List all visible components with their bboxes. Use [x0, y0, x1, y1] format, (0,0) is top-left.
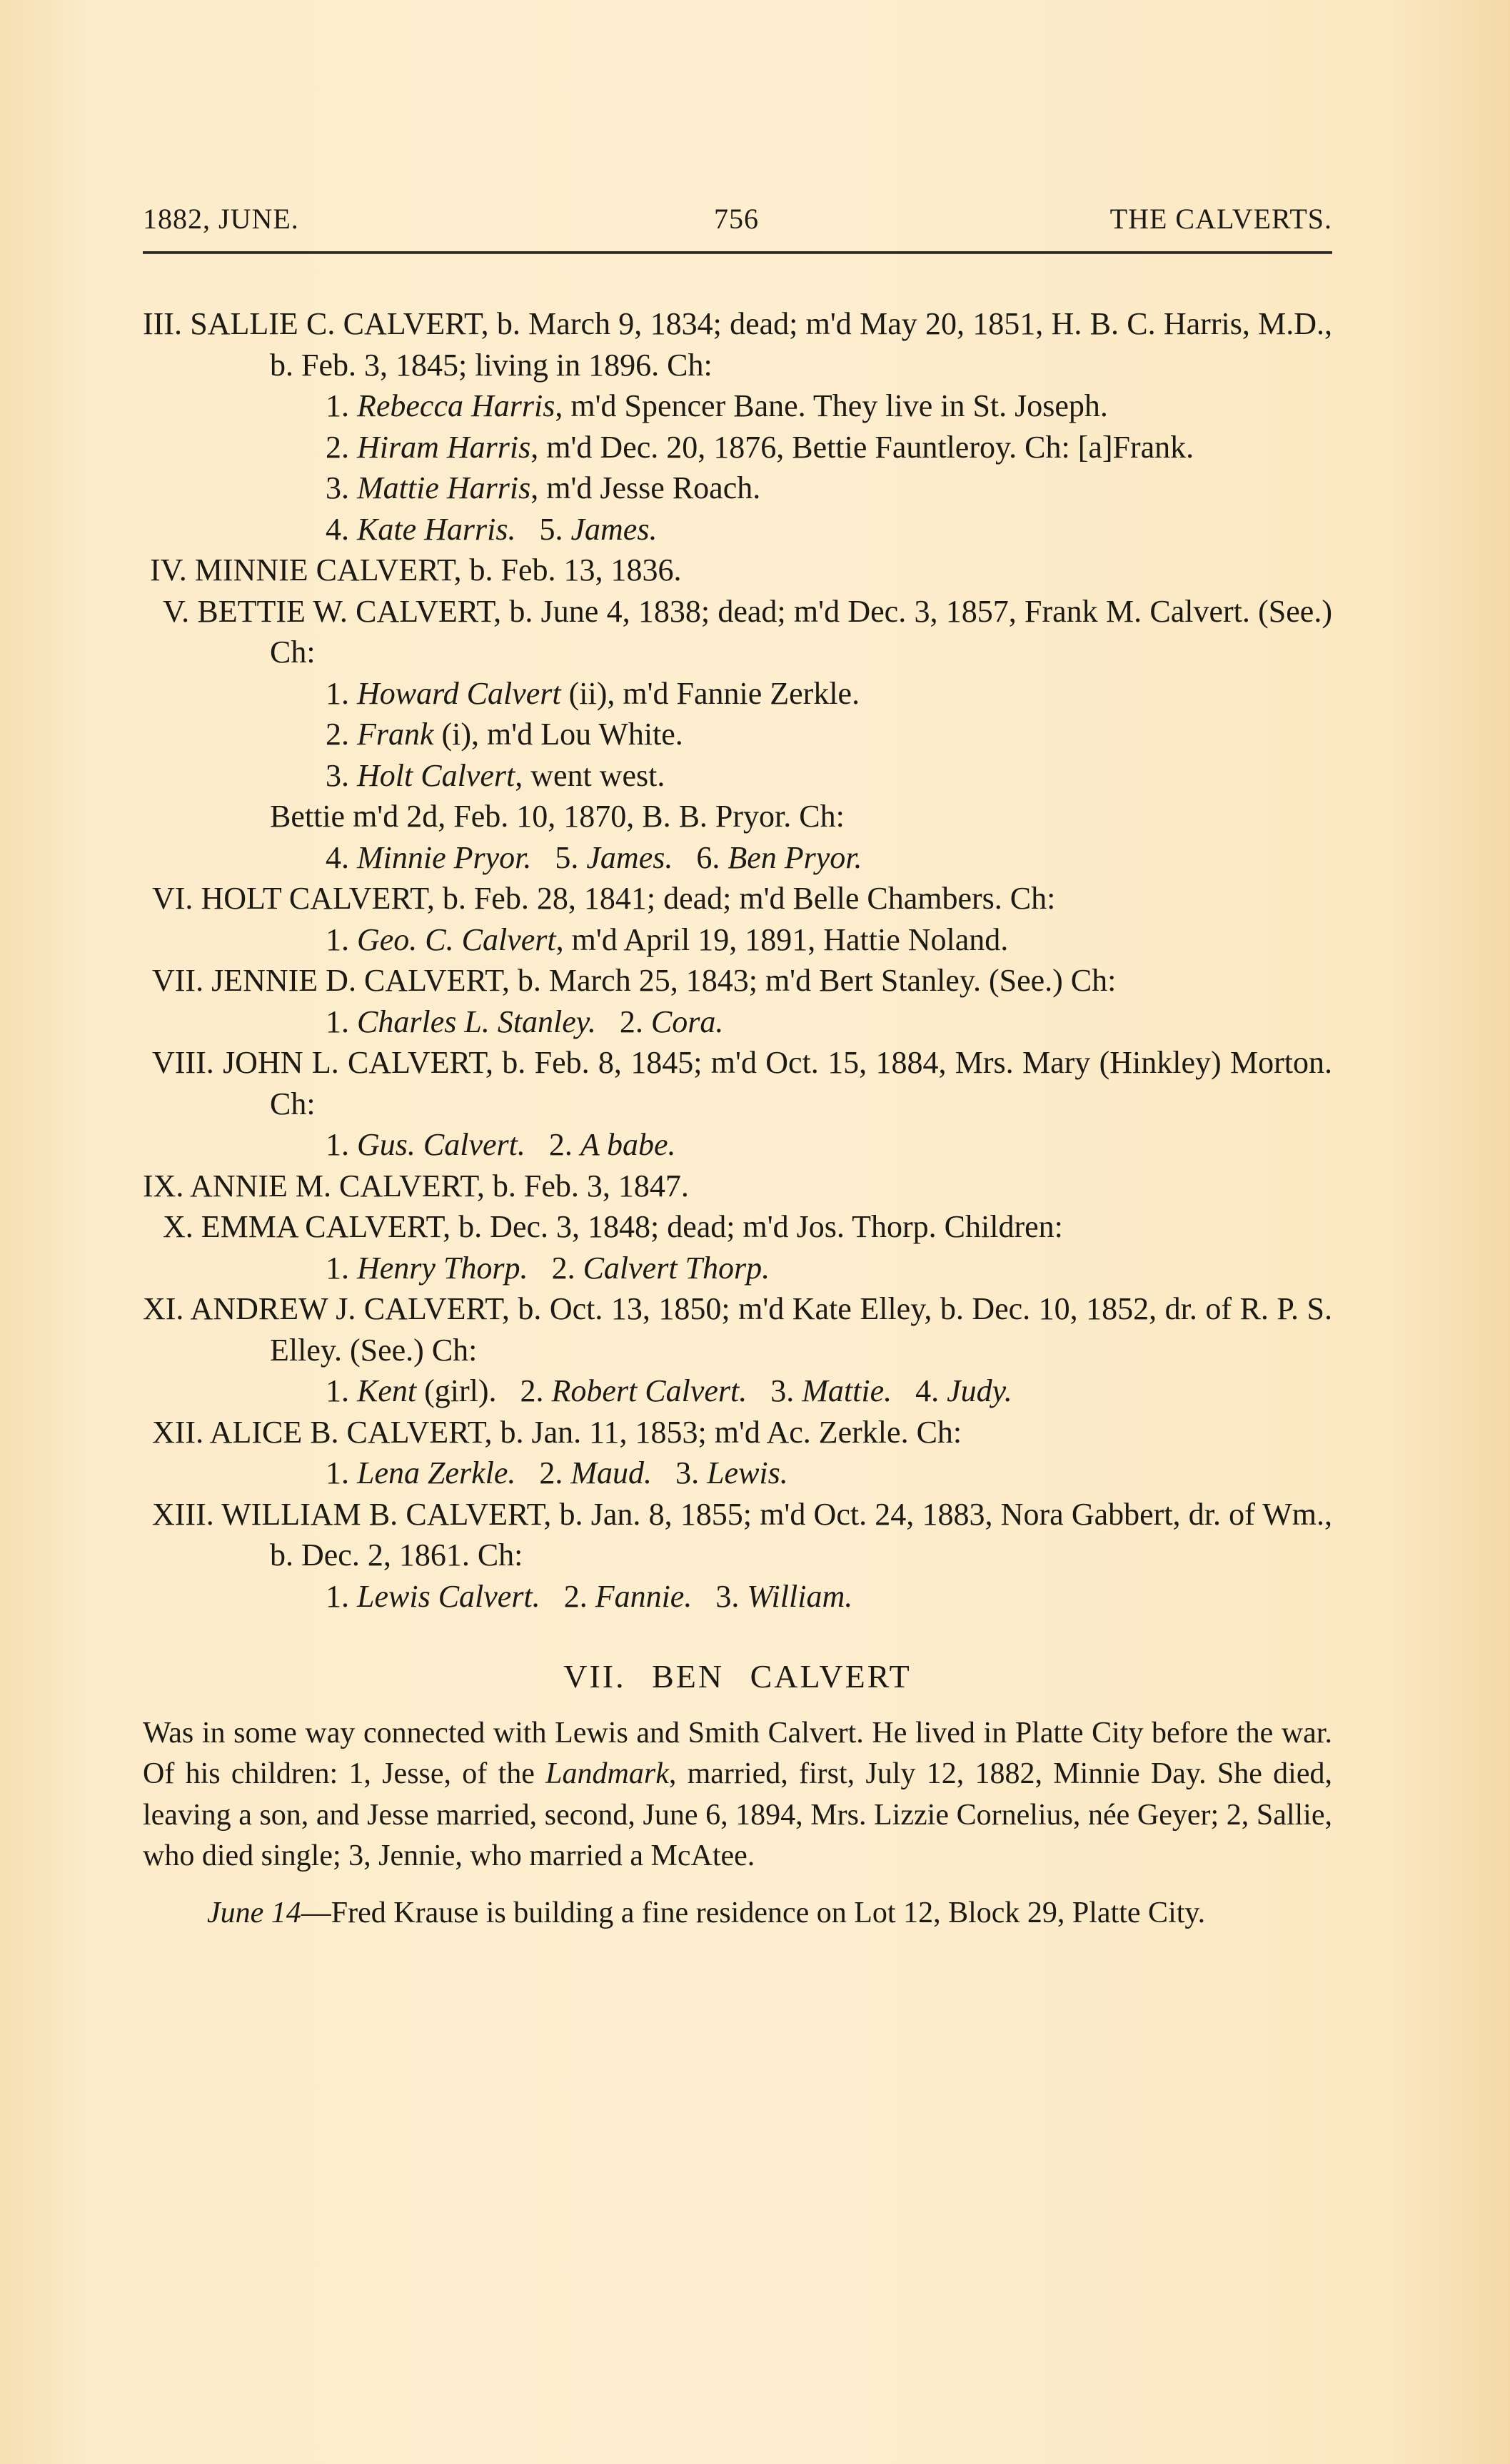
entry-xii: XII. ALICE B. CALVERT, b. Jan. 11, 1853;… [143, 1412, 1332, 1494]
child-item: 4. Minnie Pryor. 5. James. 6. Ben Pryor. [143, 837, 1332, 879]
child-item: 1. Lena Zerkle. 2. Maud. 3. Lewis. [143, 1453, 1332, 1494]
dated-note: June 14—Fred Krause is building a fine r… [143, 1893, 1332, 1934]
header-rule [143, 251, 1332, 254]
child-item: 1. Geo. C. Calvert, m'd April 19, 1891, … [143, 919, 1332, 961]
entry-viii: VIII. JOHN L. CALVERT, b. Feb. 8, 1845; … [143, 1042, 1332, 1166]
page-number: 756 [714, 202, 759, 236]
entry-heading: IV. MINNIE CALVERT, b. Feb. 13, 1836. [143, 550, 1332, 591]
child-item: 4. Kate Harris. 5. James. [143, 509, 1332, 550]
ben-calvert-paragraph: Was in some way connected with Lewis and… [143, 1713, 1332, 1877]
entry-heading: XI. ANDREW J. CALVERT, b. Oct. 13, 1850;… [143, 1288, 1332, 1370]
child-item: 1. Howard Calvert (ii), m'd Fannie Zerkl… [143, 673, 1332, 715]
child-item: 1. Rebecca Harris, m'd Spencer Bane. The… [143, 385, 1332, 427]
entry-vii: VII. JENNIE D. CALVERT, b. March 25, 184… [143, 960, 1332, 1042]
note-text: —Fred Krause is building a fine residenc… [301, 1897, 1205, 1929]
child-item: 3. Holt Calvert, went west. [143, 755, 1332, 797]
entry-heading: III. SALLIE C. CALVERT, b. March 9, 1834… [143, 303, 1332, 385]
entry-heading: X. EMMA CALVERT, b. Dec. 3, 1848; dead; … [143, 1206, 1332, 1248]
entry-iv: IV. MINNIE CALVERT, b. Feb. 13, 1836. [143, 550, 1332, 591]
child-item: 1. Kent (girl). 2. Robert Calvert. 3. Ma… [143, 1370, 1332, 1412]
entry-heading: V. BETTIE W. CALVERT, b. June 4, 1838; d… [143, 591, 1332, 673]
entry-x: X. EMMA CALVERT, b. Dec. 3, 1848; dead; … [143, 1206, 1332, 1288]
entry-xi: XI. ANDREW J. CALVERT, b. Oct. 13, 1850;… [143, 1288, 1332, 1412]
entry-heading: XIII. WILLIAM B. CALVERT, b. Jan. 8, 185… [143, 1494, 1332, 1576]
entry-vi: VI. HOLT CALVERT, b. Feb. 28, 1841; dead… [143, 878, 1332, 960]
entry-heading: VI. HOLT CALVERT, b. Feb. 28, 1841; dead… [143, 878, 1332, 919]
entry-heading: XII. ALICE B. CALVERT, b. Jan. 11, 1853;… [143, 1412, 1332, 1453]
entry-heading: VII. JENNIE D. CALVERT, b. March 25, 184… [143, 960, 1332, 1001]
child-item: 1. Charles L. Stanley. 2. Cora. [143, 1001, 1332, 1043]
entry-iii: III. SALLIE C. CALVERT, b. March 9, 1834… [143, 303, 1332, 550]
entry-xiii: XIII. WILLIAM B. CALVERT, b. Jan. 8, 185… [143, 1494, 1332, 1617]
entry-heading: IX. ANNIE M. CALVERT, b. Feb. 3, 1847. [143, 1166, 1332, 1207]
running-head-title: THE CALVERTS. [1110, 202, 1332, 236]
entry-ix: IX. ANNIE M. CALVERT, b. Feb. 3, 1847. [143, 1166, 1332, 1207]
genealogy-list: III. SALLIE C. CALVERT, b. March 9, 1834… [143, 303, 1332, 1934]
child-item: 2. Frank (i), m'd Lou White. [143, 714, 1332, 755]
child-item: 1. Henry Thorp. 2. Calvert Thorp. [143, 1248, 1332, 1289]
child-item: 1. Lewis Calvert. 2. Fannie. 3. William. [143, 1576, 1332, 1617]
running-head: 1882, JUNE. 756 THE CALVERTS. [143, 202, 1332, 238]
running-head-date: 1882, JUNE. [143, 202, 299, 236]
child-item: 2. Hiram Harris, m'd Dec. 20, 1876, Bett… [143, 427, 1332, 468]
child-item: 1. Gus. Calvert. 2. A babe. [143, 1124, 1332, 1166]
second-marriage-note: Bettie m'd 2d, Feb. 10, 1870, B. B. Pryo… [143, 796, 1332, 837]
note-date: June 14 [207, 1897, 301, 1929]
entry-v: V. BETTIE W. CALVERT, b. June 4, 1838; d… [143, 591, 1332, 879]
section-heading: VII. BEN CALVERT [143, 1656, 1332, 1697]
entry-heading: VIII. JOHN L. CALVERT, b. Feb. 8, 1845; … [143, 1042, 1332, 1124]
child-item: 3. Mattie Harris, m'd Jesse Roach. [143, 468, 1332, 509]
